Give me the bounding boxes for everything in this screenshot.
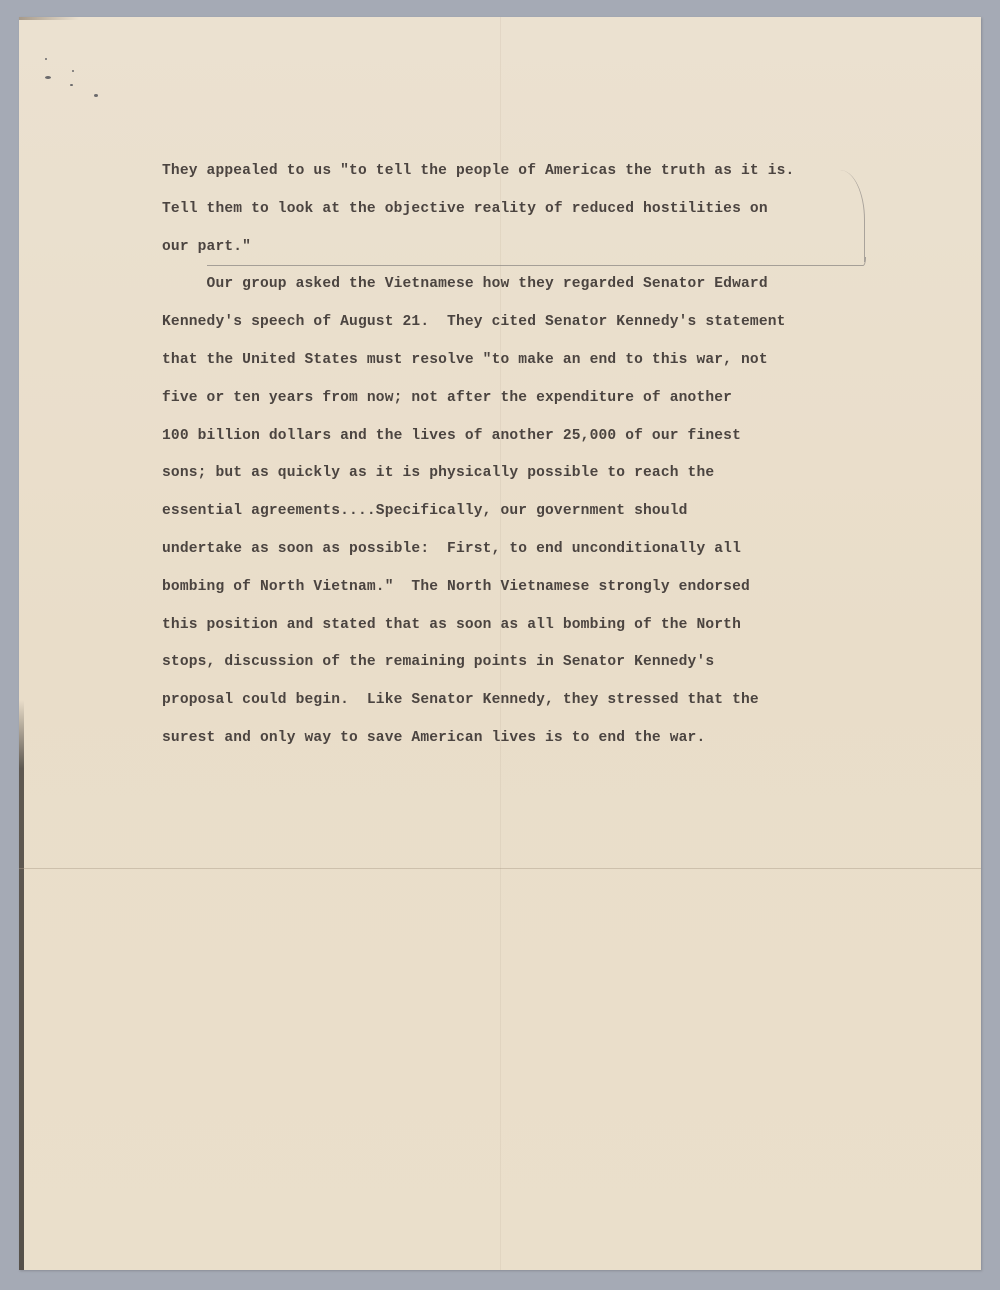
- text-line: sons; but as quickly as it is physically…: [162, 460, 862, 498]
- text-line: five or ten years from now; not after th…: [162, 385, 862, 423]
- text-line: this position and stated that as soon as…: [162, 612, 862, 650]
- paragraph-2: Our group asked the Vietnamese how they …: [162, 271, 862, 762]
- paragraph-1: They appealed to us "to tell the people …: [162, 158, 862, 271]
- text-line: They appealed to us "to tell the people …: [162, 158, 862, 196]
- text-line: essential agreements....Specifically, ou…: [162, 498, 862, 536]
- speck: [72, 70, 74, 72]
- text-line: stops, discussion of the remaining point…: [162, 649, 862, 687]
- text-line: Kennedy's speech of August 21. They cite…: [162, 309, 862, 347]
- speck: [94, 94, 98, 97]
- horizontal-fold-line: [19, 868, 981, 869]
- text-line: proposal could begin. Like Senator Kenne…: [162, 687, 862, 725]
- text-line: surest and only way to save American liv…: [162, 725, 862, 763]
- ink-specks: [40, 70, 110, 100]
- paper-left-edge-shadow: [19, 700, 24, 1270]
- paper-top-edge-wear: [19, 17, 79, 20]
- text-line: 100 billion dollars and the lives of ano…: [162, 423, 862, 461]
- text-line: Tell them to look at the objective reali…: [162, 196, 862, 234]
- speck: [70, 84, 73, 86]
- typewritten-text: They appealed to us "to tell the people …: [162, 158, 862, 763]
- text-line: undertake as soon as possible: First, to…: [162, 536, 862, 574]
- text-line: our part.": [162, 234, 862, 272]
- text-line: that the United States must resolve "to …: [162, 347, 862, 385]
- text-line: Our group asked the Vietnamese how they …: [162, 271, 862, 309]
- speck: [45, 76, 51, 79]
- text-line: bombing of North Vietnam." The North Vie…: [162, 574, 862, 612]
- speck: [45, 58, 47, 60]
